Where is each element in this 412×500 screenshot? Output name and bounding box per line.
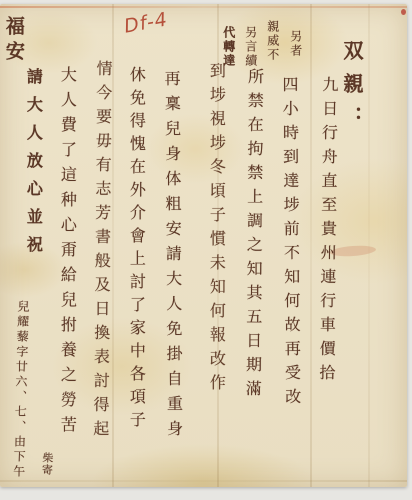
body-column-3: 所禁在拘禁上調之知其五日期滿 — [243, 68, 264, 404]
body-column-7: 情今要毋有志芳書般及日換表討得起 — [90, 60, 112, 444]
body-column-5: 再稟兒身体粗安請大人免掛自重身 — [162, 70, 183, 445]
letter-paper: Df-4 双親： 另者 親威不 另言續 代轉達 九日行舟直至貴州連行車價拾 四小… — [0, 4, 407, 487]
signature: 兒耀藜字廿六、七、由下午 — [11, 300, 30, 480]
body-column-6: 休免得愧在外介會上討了家中各項子 — [127, 66, 145, 434]
body-column-1: 九日行舟直至貴州連行車價拾 — [316, 76, 338, 388]
crease-line-bottom — [0, 480, 407, 482]
body-column-2: 四小時到達埗前不知何故再受改 — [280, 76, 301, 412]
red-ink-dot — [401, 9, 406, 15]
archival-mark: Df-4 — [122, 8, 169, 37]
crease-line-top — [0, 6, 407, 8]
body-column-9: 請大人放心並祝 — [24, 68, 42, 264]
fold-line — [310, 4, 312, 487]
postscript-column-2: 親威不 — [265, 20, 279, 62]
letter-scan: Df-4 双親： 另者 親威不 另言續 代轉達 九日行舟直至貴州連行車價拾 四小… — [0, 0, 412, 500]
postmark-note: 柴寄 — [40, 452, 53, 476]
salutation: 双親： — [340, 40, 363, 139]
body-column-4: 到埗視埗冬頃子慣未知何報改作 — [207, 62, 225, 398]
postscript-column-3: 另言續 — [243, 26, 257, 68]
body-column-8: 大人費了這种心甭給兒拊養之勞苦 — [58, 66, 76, 441]
postscript-column-1: 另者 — [288, 30, 302, 58]
closing-greeting: 福安 — [2, 16, 24, 66]
